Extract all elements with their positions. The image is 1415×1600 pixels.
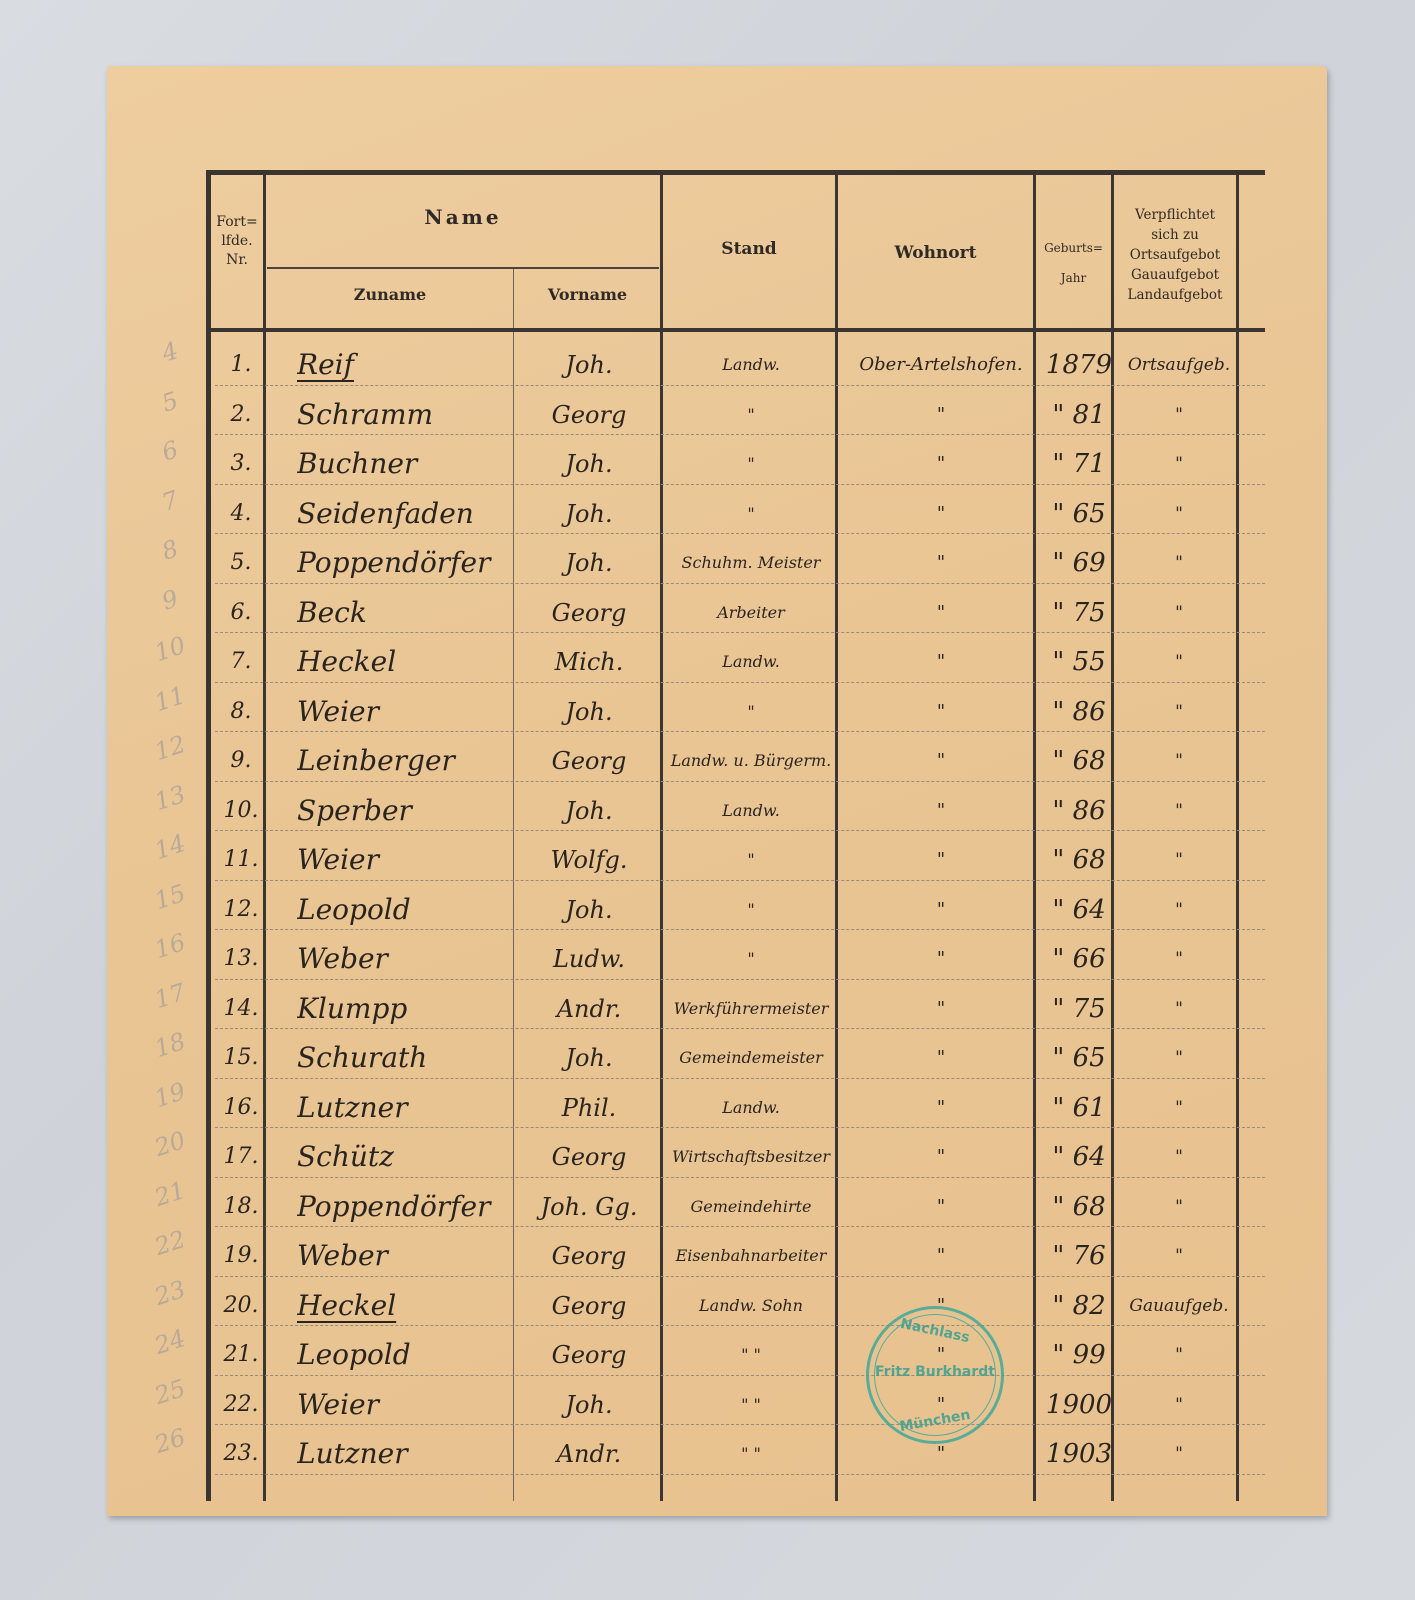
header-verpflichtet-line: Gauaufgebot — [1114, 265, 1236, 285]
birth-year-cell: " 64 — [1043, 880, 1115, 930]
occupation-cell: Arbeiter — [665, 583, 837, 633]
occupation-cell: Wirtschaftsbesitzer — [665, 1127, 837, 1177]
birth-year-cell: 1903 — [1043, 1424, 1115, 1474]
header-verpflichtet: Verpflichtet sich zu Ortsaufgebot Gauauf… — [1114, 205, 1236, 305]
residence-cell: " — [843, 979, 1039, 1029]
row-number-cell: 22. — [217, 1375, 265, 1425]
residence-cell: " — [843, 880, 1039, 930]
table-row: 13.WeberLudw.""" 66" — [211, 929, 1265, 979]
occupation-cell: Landw. — [665, 632, 837, 682]
first-name-cell: Joh. — [519, 682, 659, 732]
surname-cell: Schramm — [297, 385, 507, 435]
row-number-cell: 11. — [217, 830, 265, 880]
obligation-cell: " — [1119, 385, 1239, 435]
first-name-cell: Joh. — [519, 781, 659, 831]
header-name: Name — [267, 205, 659, 229]
first-name-cell: Georg — [519, 385, 659, 435]
row-number-cell: 5. — [217, 533, 265, 583]
row-number-cell: 3. — [217, 434, 265, 484]
table-row: 16.LutznerPhil.Landw."" 61" — [211, 1078, 1265, 1128]
surname-cell: Weber — [297, 1226, 507, 1276]
birth-year-cell: 1900 — [1043, 1375, 1115, 1425]
first-name-cell: Georg — [519, 1127, 659, 1177]
table-row: 9.LeinbergerGeorgLandw. u. Bürgerm."" 68… — [211, 731, 1265, 781]
surname-cell: Beck — [297, 583, 507, 633]
obligation-cell: " — [1119, 979, 1239, 1029]
table-row: 5.PoppendörferJoh.Schuhm. Meister"" 69" — [211, 533, 1265, 583]
residence-cell: " — [843, 1127, 1039, 1177]
row-number-cell: 16. — [217, 1078, 265, 1128]
surname-cell: Leopold — [297, 880, 507, 930]
table-row: 14.KlumppAndr.Werkführermeister"" 75" — [211, 979, 1265, 1029]
table-row: 11.WeierWolfg.""" 68" — [211, 830, 1265, 880]
first-name-cell: Joh. Gg. — [519, 1177, 659, 1227]
residence-cell: " — [843, 682, 1039, 732]
birth-year-cell: " 68 — [1043, 731, 1115, 781]
obligation-cell: " — [1119, 434, 1239, 484]
obligation-cell: " — [1119, 781, 1239, 831]
row-number-cell: 12. — [217, 880, 265, 930]
occupation-cell: Landw. Sohn — [665, 1276, 837, 1326]
surname-cell: Poppendörfer — [297, 1177, 507, 1227]
residence-cell: " — [843, 781, 1039, 831]
obligation-cell: " — [1119, 1078, 1239, 1128]
occupation-cell: " — [665, 830, 837, 880]
birth-year-cell: " 71 — [1043, 434, 1115, 484]
surname-cell: Heckel — [297, 632, 507, 682]
table-row: 4.SeidenfadenJoh.""" 65" — [211, 484, 1265, 534]
table-row: 23.LutznerAndr." ""1903" — [211, 1424, 1265, 1474]
row-number-cell: 6. — [217, 583, 265, 633]
first-name-cell: Andr. — [519, 1424, 659, 1474]
obligation-cell: " — [1119, 1375, 1239, 1425]
residence-cell: " — [843, 583, 1039, 633]
birth-year-cell: " 68 — [1043, 830, 1115, 880]
table-row: 18.PoppendörferJoh. Gg.Gemeindehirte"" 6… — [211, 1177, 1265, 1227]
residence-cell: Ober-Artelshofen. — [843, 335, 1039, 385]
birth-year-cell: " 75 — [1043, 583, 1115, 633]
first-name-cell: Joh. — [519, 533, 659, 583]
obligation-cell: " — [1119, 632, 1239, 682]
occupation-cell: " — [665, 682, 837, 732]
table-row: 6.BeckGeorgArbeiter"" 75" — [211, 583, 1265, 633]
birth-year-cell: " 82 — [1043, 1276, 1115, 1326]
obligation-cell: " — [1119, 1325, 1239, 1375]
collection-stamp: Nachlass Fritz Burkhardt München — [866, 1306, 1004, 1444]
birth-year-cell: " 69 — [1043, 533, 1115, 583]
header-nr-line: Nr. — [211, 251, 263, 270]
surname-cell: Schütz — [297, 1127, 507, 1177]
first-name-cell: Georg — [519, 1276, 659, 1326]
residence-cell: " — [843, 632, 1039, 682]
first-name-cell: Joh. — [519, 434, 659, 484]
row-number-cell: 1. — [217, 335, 265, 385]
header-geburtsjahr-line: Jahr — [1036, 263, 1111, 293]
obligation-cell: " — [1119, 484, 1239, 534]
header-verpflichtet-line: Verpflichtet — [1114, 205, 1236, 225]
first-name-cell: Wolfg. — [519, 830, 659, 880]
obligation-cell: " — [1119, 830, 1239, 880]
birth-year-cell: " 76 — [1043, 1226, 1115, 1276]
residence-cell: " — [843, 1177, 1039, 1227]
first-name-cell: Joh. — [519, 335, 659, 385]
occupation-cell: Gemeindehirte — [665, 1177, 837, 1227]
obligation-cell: Gauaufgeb. — [1119, 1276, 1239, 1326]
occupation-cell: " — [665, 385, 837, 435]
residence-cell: " — [843, 1078, 1039, 1128]
birth-year-cell: " 75 — [1043, 979, 1115, 1029]
first-name-cell: Georg — [519, 731, 659, 781]
residence-cell: " — [843, 533, 1039, 583]
birth-year-cell: " 65 — [1043, 1028, 1115, 1078]
first-name-cell: Georg — [519, 1325, 659, 1375]
header-bottom-rule — [211, 328, 1265, 332]
surname-cell: Seidenfaden — [297, 484, 507, 534]
header-verpflichtet-line: Landaufgebot — [1114, 285, 1236, 305]
row-number-cell: 15. — [217, 1028, 265, 1078]
obligation-cell: " — [1119, 1226, 1239, 1276]
row-number-cell: 13. — [217, 929, 265, 979]
birth-year-cell: " 55 — [1043, 632, 1115, 682]
occupation-cell: " " — [665, 1424, 837, 1474]
residence-cell: " — [843, 929, 1039, 979]
birth-year-cell: " 66 — [1043, 929, 1115, 979]
residence-cell: " — [843, 731, 1039, 781]
first-name-cell: Georg — [519, 583, 659, 633]
row-number-cell: 2. — [217, 385, 265, 435]
first-name-cell: Andr. — [519, 979, 659, 1029]
row-number-cell: 23. — [217, 1424, 265, 1474]
first-name-cell: Georg — [519, 1226, 659, 1276]
table-row: 20.HeckelGeorgLandw. Sohn"" 82Gauaufgeb. — [211, 1276, 1265, 1326]
row-number-cell: 4. — [217, 484, 265, 534]
first-name-cell: Mich. — [519, 632, 659, 682]
surname-cell: Buchner — [297, 434, 507, 484]
surname-cell: Lutzner — [297, 1424, 507, 1474]
header-wohnort: Wohnort — [838, 243, 1033, 263]
header-nr-line: Fort= — [211, 213, 263, 232]
surname-cell: Lutzner — [297, 1078, 507, 1128]
birth-year-cell: " 64 — [1043, 1127, 1115, 1177]
occupation-cell: Gemeindemeister — [665, 1028, 837, 1078]
header-nr-line: lfde. — [211, 232, 263, 251]
surname-cell: Leopold — [297, 1325, 507, 1375]
header-zuname: Zuname — [267, 285, 513, 304]
birth-year-cell: " 65 — [1043, 484, 1115, 534]
first-name-cell: Joh. — [519, 484, 659, 534]
row-divider — [215, 1474, 1265, 1475]
row-number-cell: 19. — [217, 1226, 265, 1276]
table-row: 15.SchurathJoh.Gemeindemeister"" 65" — [211, 1028, 1265, 1078]
table-row: 12.LeopoldJoh.""" 64" — [211, 880, 1265, 930]
surname-cell: Schurath — [297, 1028, 507, 1078]
table-row: 19.WeberGeorgEisenbahnarbeiter"" 76" — [211, 1226, 1265, 1276]
row-number-cell: 10. — [217, 781, 265, 831]
obligation-cell: " — [1119, 929, 1239, 979]
first-name-cell: Joh. — [519, 1028, 659, 1078]
header-stand: Stand — [663, 239, 835, 259]
row-number-cell: 14. — [217, 979, 265, 1029]
occupation-cell: " — [665, 880, 837, 930]
residence-cell: " — [843, 1226, 1039, 1276]
occupation-cell: Landw. — [665, 781, 837, 831]
obligation-cell: " — [1119, 1127, 1239, 1177]
surname-cell: Weber — [297, 929, 507, 979]
residence-cell: " — [843, 434, 1039, 484]
surname-cell: Reif — [297, 335, 507, 385]
occupation-cell: Landw. u. Bürgerm. — [665, 731, 837, 781]
obligation-cell: " — [1119, 533, 1239, 583]
header-geburtsjahr: Geburts= Jahr — [1036, 233, 1111, 293]
header-verpflichtet-line: sich zu — [1114, 225, 1236, 245]
surname-cell: Weier — [297, 1375, 507, 1425]
occupation-cell: Landw. — [665, 335, 837, 385]
surname-cell: Weier — [297, 682, 507, 732]
header-verpflichtet-line: Ortsaufgebot — [1114, 245, 1236, 265]
surname-cell: Leinberger — [297, 731, 507, 781]
table-row: 8.WeierJoh.""" 86" — [211, 682, 1265, 732]
residence-cell: " — [843, 385, 1039, 435]
header-geburtsjahr-line: Geburts= — [1036, 233, 1111, 263]
occupation-cell: " — [665, 929, 837, 979]
row-number-cell: 8. — [217, 682, 265, 732]
obligation-cell: " — [1119, 583, 1239, 633]
obligation-cell: Ortsaufgeb. — [1119, 335, 1239, 385]
table-row: 3.BuchnerJoh.""" 71" — [211, 434, 1265, 484]
obligation-cell: " — [1119, 1177, 1239, 1227]
stamp-middle-text: Fritz Burkhardt — [869, 1364, 1001, 1380]
birth-year-cell: " 99 — [1043, 1325, 1115, 1375]
occupation-cell: " — [665, 484, 837, 534]
surname-cell: Sperber — [297, 781, 507, 831]
birth-year-cell: 1879 — [1043, 335, 1115, 385]
table-row: 22.WeierJoh." ""1900" — [211, 1375, 1265, 1425]
obligation-cell: " — [1119, 880, 1239, 930]
table-row: 2.SchrammGeorg""" 81" — [211, 385, 1265, 435]
surname-cell: Weier — [297, 830, 507, 880]
occupation-cell: " — [665, 434, 837, 484]
obligation-cell: " — [1119, 1424, 1239, 1474]
surname-cell: Klumpp — [297, 979, 507, 1029]
birth-year-cell: " 86 — [1043, 682, 1115, 732]
row-number-cell: 7. — [217, 632, 265, 682]
table-row: 7.HeckelMich.Landw."" 55" — [211, 632, 1265, 682]
occupation-cell: Werkführermeister — [665, 979, 837, 1029]
row-number-cell: 20. — [217, 1276, 265, 1326]
residence-cell: " — [843, 484, 1039, 534]
obligation-cell: " — [1119, 731, 1239, 781]
table-row: 17.SchützGeorgWirtschaftsbesitzer"" 64" — [211, 1127, 1265, 1177]
row-number-cell: 21. — [217, 1325, 265, 1375]
birth-year-cell: " 81 — [1043, 385, 1115, 435]
first-name-cell: Joh. — [519, 880, 659, 930]
header-nr: Fort= lfde. Nr. — [211, 213, 263, 270]
row-number-cell: 18. — [217, 1177, 265, 1227]
occupation-cell: " " — [665, 1325, 837, 1375]
surname-cell: Heckel — [297, 1276, 507, 1326]
header-vorname: Vorname — [515, 285, 660, 304]
table-row: 10.SperberJoh.Landw."" 86" — [211, 781, 1265, 831]
row-number-cell: 17. — [217, 1127, 265, 1177]
obligation-cell: " — [1119, 682, 1239, 732]
birth-year-cell: " 86 — [1043, 781, 1115, 831]
first-name-cell: Joh. — [519, 1375, 659, 1425]
occupation-cell: " " — [665, 1375, 837, 1425]
birth-year-cell: " 61 — [1043, 1078, 1115, 1128]
name-subheader-rule — [267, 267, 659, 269]
birth-year-cell: " 68 — [1043, 1177, 1115, 1227]
row-number-cell: 9. — [217, 731, 265, 781]
occupation-cell: Landw. — [665, 1078, 837, 1128]
surname-cell: Poppendörfer — [297, 533, 507, 583]
occupation-cell: Eisenbahnarbeiter — [665, 1226, 837, 1276]
obligation-cell: " — [1119, 1028, 1239, 1078]
occupation-cell: Schuhm. Meister — [665, 533, 837, 583]
register-table: Fort= lfde. Nr. Name Zuname Vorname Stan… — [206, 170, 1265, 1501]
residence-cell: " — [843, 1028, 1039, 1078]
residence-cell: " — [843, 830, 1039, 880]
first-name-cell: Phil. — [519, 1078, 659, 1128]
first-name-cell: Ludw. — [519, 929, 659, 979]
table-row: 1.ReifJoh.Landw.Ober-Artelshofen.1879Ort… — [211, 335, 1265, 385]
table-row: 21.LeopoldGeorg" """ 99" — [211, 1325, 1265, 1375]
